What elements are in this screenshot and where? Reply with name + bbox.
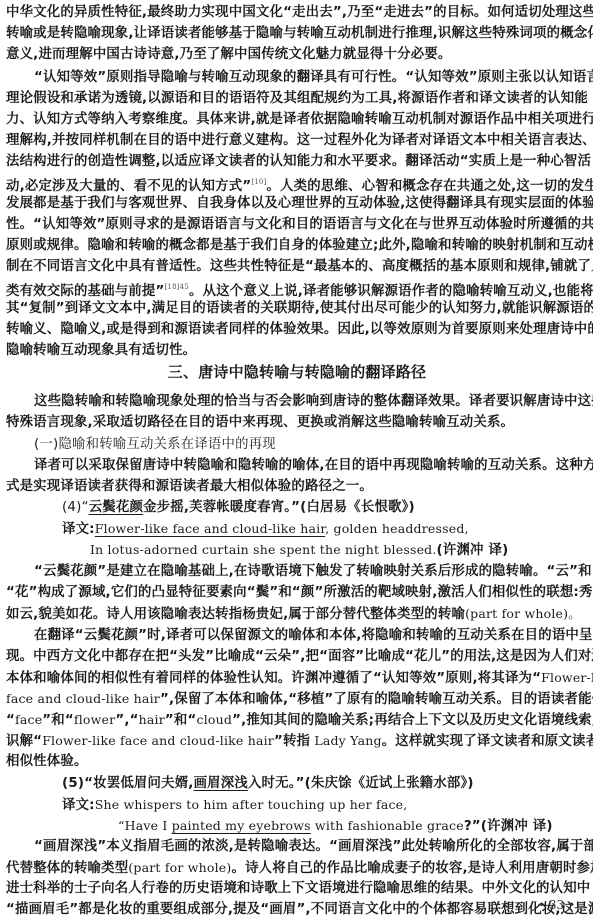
- text-segment: Flower-like face and cloud-like hair: [42, 733, 274, 748]
- body-text-line: 代替整体的转喻类型(part for whole)。诗人将自己的作品比喻成妻子的…: [6, 857, 588, 878]
- body-text-line: 中华文化的异质性特征,最终助力实现中国文化“走出去”,乃至“走进去”的目标。如何…: [6, 2, 588, 23]
- body-text-line: 法结构进行的创造性调整,以适应译文读者的认知能力和水平要求。翻译活动“实质上是一…: [6, 151, 588, 172]
- text-segment: 。人类的思维、心智和概念存在共通之处,这一切的发生、: [267, 179, 593, 194]
- text-segment: 识解“: [6, 734, 42, 749]
- text-segment: Lady Yang: [310, 733, 382, 748]
- text-segment: 。从这个意义上说,译者能够识解源语作者的隐喻转喻互动义,也能将: [189, 284, 593, 299]
- highlighted-phrase: 云鬓花颜: [89, 500, 143, 515]
- text-segment: ”和“: [165, 713, 197, 728]
- citation-18[interactable]: [18]45: [165, 283, 189, 291]
- body-text-line: face and cloud-like hair”,保留了本体和喻体,“移植”了…: [6, 688, 588, 709]
- body-text-line: “花”构成了源域,它们的凸显特征要素向“鬓”和“颜”所激活的靶域映射,激活人们相…: [6, 582, 588, 603]
- body-text-line: 式是实现译语读者获得和源语读者最大相似体验的路径之一。: [6, 476, 588, 497]
- text-segment: 类有效交际的基础与前提”: [6, 284, 165, 299]
- citation-10[interactable]: [10]: [251, 178, 266, 186]
- text-segment: 金步摇,芙蓉帐暖度春宵。”(白居易《长恨歌》): [143, 500, 415, 515]
- body-text-line: 译者可以采取保留唐诗中转隐喻和隐转喻的喻体,在目的语中再现隐喻转喻的互动关系。这…: [6, 455, 588, 476]
- translator-credit: (许渊冲 译): [437, 543, 509, 558]
- body-text-line: “云鬓花颜”是建立在隐喻基础上,在诗歌语境下触发了转喻映射关系后形成的隐转喻。“…: [6, 561, 588, 582]
- body-text-line: 理解构,并按同样机制在目的语中进行意义建构。这一过程外化为译者对译语文本中相关语…: [6, 130, 588, 151]
- highlighted-phrase: 画眉深浅: [194, 776, 248, 791]
- text-segment: 入时无。”(朱庆馀《近试上张籍水部》): [248, 776, 474, 791]
- example-4-translation-1: 译文:Flower-like face and cloud-like hair,…: [6, 518, 588, 539]
- text-segment: (5)“妆罢低眉问夫婿,: [62, 776, 194, 791]
- text-segment: 。这样就实现了译文读者和原文读者最大的: [382, 734, 593, 749]
- example-5-source: (5)“妆罢低眉问夫婿,画眉深浅入时无。”(朱庆馀《近试上张籍水部》): [6, 773, 588, 794]
- body-text-line: 其“复制”到译文文本中,满足目的语读者的关联期待,使其付出尽可能少的认知努力,就…: [6, 298, 588, 319]
- text-segment: (part for whole): [128, 860, 231, 875]
- highlighted-translation: Flower-like face and cloud-like hair: [95, 521, 325, 536]
- body-text-line: 现。中西方文化中都存在把“头发”比喻成“云朵”,把“面容”比喻成“花儿”的用法,…: [6, 646, 588, 667]
- text-segment: cloud: [197, 712, 233, 727]
- text-segment: ”转指: [274, 734, 310, 749]
- body-text-line: 转喻义、隐喻义,或是得到和源语读者同样的体验效果。因此,以等效原则为首要原则来处…: [6, 319, 588, 340]
- text-segment: 动,必定涉及大量的、看不见的认知方式”: [6, 179, 251, 194]
- body-text-line: 如云,貌美如花。诗人用该隐喻表达转指杨贵妃,属于部分替代整体类型的转喻(part…: [6, 603, 588, 624]
- body-text-line: 发展都是基于我们与客观世界、自我身体以及心理世界的互动体验,这使得翻译具有现实层…: [6, 193, 588, 214]
- text-segment: ”,保留了本体和喻体,“移植”了原有的隐喻转喻互动关系。目的语读者能依据: [160, 692, 593, 707]
- highlighted-translation: painted my eyebrows: [172, 818, 311, 833]
- body-text-line: 这些隐转喻和转隐喻现象处理的恰当与否会影响到唐诗的整体翻译效果。译者要识解唐诗中…: [6, 391, 588, 412]
- translator-credit: ?”(许渊冲 译): [464, 819, 553, 834]
- text-segment: 。诗人将自己的作品比喻成妻子的妆容,是诗人利用唐朝时参加: [231, 861, 593, 876]
- text-segment: hair: [139, 712, 165, 727]
- body-text-line: 在翻译“云鬓花颜”时,译者可以保留源文的喻体和本体,将隐喻和转喻的互动关系在目的…: [6, 625, 588, 646]
- translation-label: 译文:: [62, 522, 95, 537]
- translation-label: 译文:: [62, 798, 95, 813]
- page-number: • 33 •: [538, 898, 575, 912]
- body-text-line: 力、认知方式等纳入考察维度。具体来讲,就是译者依据隐喻转喻互动机制对源语作品中相…: [6, 109, 588, 130]
- text-segment: “Have I: [118, 818, 172, 833]
- body-text-line: 进士科举的士子向名人行卷的历史语境和诗歌上下文语境进行隐喻思维的结果。中外文化的…: [6, 878, 588, 899]
- body-text-line: 类有效交际的基础与前提”[18]45。从这个意义上说,译者能够识解源语作者的隐喻…: [6, 277, 588, 298]
- example-4-source: (4)“云鬓花颜金步摇,芙蓉帐暖度春宵。”(白居易《长恨歌》): [6, 497, 588, 518]
- body-text-line: 相似性体验。: [6, 751, 588, 772]
- text-segment: ”,推知其间的隐喻关系;再结合上下文以及历史文化语境线索,还可: [232, 713, 593, 728]
- subsection-heading: (一)隐喻和转喻互动关系在译语中的再现: [6, 434, 588, 455]
- body-text-line: “认知等效”原则指导隐喻与转喻互动现象的翻译具有可行性。“认知等效”原则主张以认…: [6, 67, 588, 88]
- body-text-line: “face”和“flower”,“hair”和“cloud”,推知其间的隐喻关系…: [6, 709, 588, 730]
- body-text-line: 意义,进而理解中国古诗诗意,乃至了解中国传统文化魅力就显得十分必要。: [6, 44, 588, 65]
- example-number: (4)“: [62, 500, 89, 515]
- text-segment: flower: [74, 712, 115, 727]
- text-segment: Flower-like: [541, 670, 593, 685]
- example-5-translation-1: 译文:She whispers to him after touching up…: [6, 794, 588, 815]
- example-4-translation-2: In lotus-adorned curtain she spent the n…: [6, 539, 588, 560]
- section-heading: 三、唐诗中隐转喻与转隐喻的翻译路径: [6, 362, 588, 383]
- text-segment: face: [15, 712, 42, 727]
- text-segment: (part for whole)。: [465, 606, 581, 621]
- body-text-line: 原则或规律。隐喻和转喻的概念都是基于我们自身的体验建立;此外,隐喻和转喻的映射机…: [6, 235, 588, 256]
- text-segment: ”,“: [115, 713, 138, 728]
- text-segment: In lotus-adorned curtain she spent the n…: [90, 542, 437, 557]
- body-text-line: “画眉深浅”本义指眉毛画的浓淡,是转隐喻表达。“画眉深浅”此处转喻所化的全部妆容…: [6, 836, 588, 857]
- text-segment: 本体和喻体间的相似性有着同样的体验性认知。许渊冲遵循了“认知等效”原则,将其译为…: [6, 671, 541, 686]
- body-text-line: 特殊语言现象,采取适切路径在目的语中来再现、更换或消解这些隐喻转喻互动关系。: [6, 412, 588, 433]
- text-segment: She whispers to him after touching up he…: [95, 797, 408, 812]
- body-text-line: “描画眉毛”都是化妆的重要组成部分,提及“画眉”,不同语言文化中的个体都容易联想…: [6, 899, 588, 920]
- text-segment: 代替整体的转喻类型: [6, 861, 128, 876]
- text-segment: with fashionable grace: [311, 818, 464, 833]
- text-segment: 如云,貌美如花。诗人用该隐喻表达转指杨贵妃,属于部分替代整体类型的转喻: [6, 607, 465, 622]
- example-5-translation-2: “Have I painted my eyebrows with fashion…: [6, 815, 588, 836]
- body-text-line: 性。“认知等效”原则寻求的是源语语言与文化和目的语语言与文化在与世界互动体验时所…: [6, 214, 588, 235]
- body-text-line: 识解“Flower-like face and cloud-like hair”…: [6, 730, 588, 751]
- text-segment: ”和“: [42, 713, 74, 728]
- body-text-line: 动,必定涉及大量的、看不见的认知方式”[10]。人类的思维、心智和概念存在共通之…: [6, 172, 588, 193]
- text-segment: “: [6, 713, 15, 728]
- body-text-line: 本体和喻体间的相似性有着同样的体验性认知。许渊冲遵循了“认知等效”原则,将其译为…: [6, 667, 588, 688]
- body-text-line: 理论假设和承诺为透镜,以源语和目的语语符及其组配规约为工具,将源语作者和译文读者…: [6, 88, 588, 109]
- body-text-line: 隐喻转喻互动现象具有适切性。: [6, 340, 588, 361]
- body-text-line: 制在不同语言文化中具有普适性。这些共性特征是“最基本的、高度概括的基本原则和规律…: [6, 256, 588, 277]
- body-text-line: 转喻或是转隐喻现象,让译语读者能够基于隐喻与转喻互动机制进行推理,识解这些特殊词…: [6, 23, 588, 44]
- text-segment: face and cloud-like hair: [6, 691, 160, 706]
- text-segment: , golden headdressed,: [325, 521, 469, 536]
